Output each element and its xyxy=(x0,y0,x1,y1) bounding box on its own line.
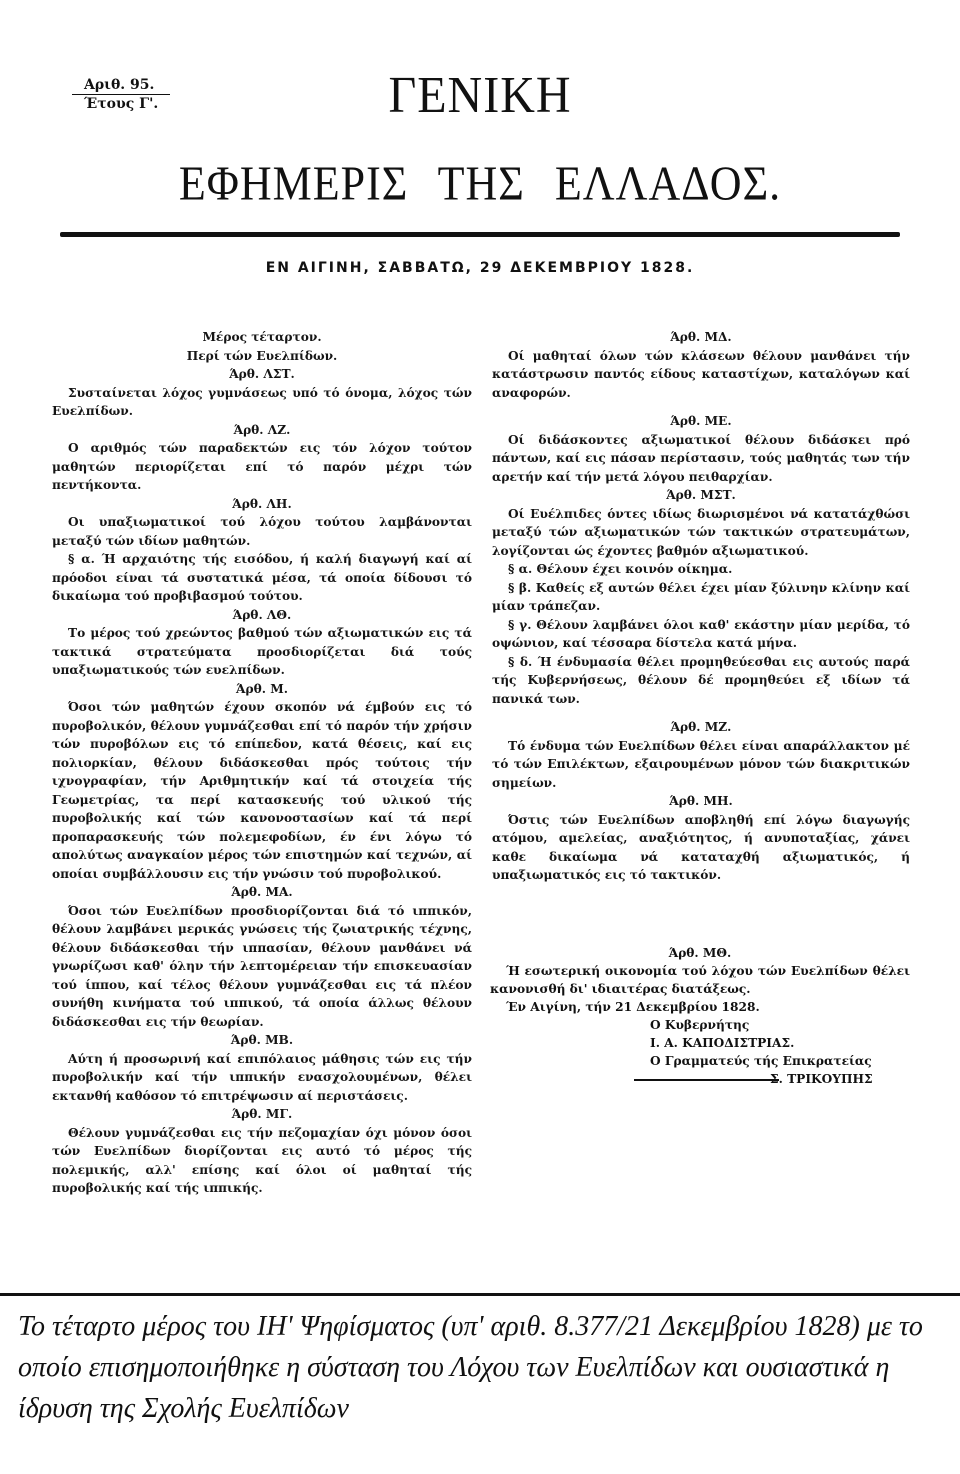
article-heading: Άρθ. Μ. xyxy=(52,680,472,699)
article-heading: Άρθ. ΛΗ. xyxy=(52,495,472,514)
article-paragraph: § γ. Θέλουν λαμβάνει όλοι καθ' εκάστην μ… xyxy=(492,616,910,653)
newspaper-page: Αριθ. 95. Έτους Γ'. ΓΕΝΙΚΗ ΕΦΗΜΕΡΙΣ ΤΗΣ … xyxy=(0,0,960,1474)
article-paragraph: Οί διδάσκοντες αξιωματικοί θέλουν διδάσκ… xyxy=(492,431,910,487)
dateline: ΕΝ ΑΙΓΙΝΗ, ΣΑΒΒΑΤΩ, 29 ΔΕΚΕΜΒΡΙΟΥ 1828. xyxy=(0,260,960,276)
article-paragraph: Όστις τών Ευελπίδων αποβληθή επί λόγω δι… xyxy=(492,811,910,885)
article: Άρθ. ΜΑ. Όσοι τών Ευελπίδων προσδιορίζον… xyxy=(52,883,472,1031)
article: Άρθ. ΜΒ. Αύτη ή προσωρινή καί επιπόλαιος… xyxy=(52,1031,472,1105)
article-paragraph: Τό ένδυμα τών Ευελπίδων θέλει είναι απαρ… xyxy=(492,737,910,793)
masthead-divider xyxy=(60,232,900,237)
secretary-title: Ο Γραμματεύς τής Επικρατείας xyxy=(490,1052,910,1070)
article-paragraph: Οί μαθηταί όλων τών κλάσεων θέλουν μανθά… xyxy=(492,347,910,403)
spacer xyxy=(492,402,910,412)
article: Άρθ. ΜΗ. Όστις τών Ευελπίδων αποβληθή επ… xyxy=(492,792,910,885)
right-column: Άρθ. ΜΔ. Οί μαθηταί όλων τών κλάσεων θέλ… xyxy=(492,328,910,885)
masthead-title-line1: ΓΕΝΙΚΗ xyxy=(0,66,960,125)
article: Άρθ. ΜΔ. Οί μαθηταί όλων τών κλάσεων θέλ… xyxy=(492,328,910,402)
place-date: Έν Αιγίνη, τήν 21 Δεκεμβρίου 1828. xyxy=(490,998,910,1016)
article-paragraph: Θέλουν γυμνάζεσθαι εις τήν πεζομαχίαν όχ… xyxy=(52,1124,472,1198)
article-heading: Άρθ. ΜΑ. xyxy=(52,883,472,902)
signatory-title: Ο Κυβερνήτης xyxy=(490,1016,910,1034)
article: Άρθ. ΛΣΤ. Συσταίνεται λόχος γυμνάσεως υπ… xyxy=(52,365,472,421)
part-title: Μέρος τέταρτον. xyxy=(52,328,472,347)
article-heading: Άρθ. ΜΖ. xyxy=(492,718,910,737)
closing-block: Άρθ. ΜΘ. Ή εσωτερική οικονομία τού λόχου… xyxy=(490,944,910,1088)
article-paragraph: Συσταίνεται λόχος γυμνάσεως υπό τό όνομα… xyxy=(52,384,472,421)
article-paragraph: Όσοι τών Ευελπίδων προσδιορίζονται διά τ… xyxy=(52,902,472,1032)
article-heading: Άρθ. ΜΒ. xyxy=(52,1031,472,1050)
article-paragraph: Το μέρος τού χρεώντος βαθμού τών αξιωματ… xyxy=(52,624,472,680)
article: Άρθ. ΛΖ. Ο αριθμός τών παραδεκτών εις τό… xyxy=(52,421,472,495)
article-paragraph: Ο αριθμός τών παραδεκτών εις τόν λόχον τ… xyxy=(52,439,472,495)
image-caption: Το τέταρτο μέρος του ΙΗ' Ψηφίσματος (υπ'… xyxy=(18,1306,928,1429)
article-heading: Άρθ. ΜΕ. xyxy=(492,412,910,431)
article-paragraph: § δ. Ή ένδυμασία θέλει προμηθεύεσθαι εις… xyxy=(492,653,910,709)
article: Άρθ. ΜΣΤ. Οί Ευέλπιδες όντες ιδίως διωρι… xyxy=(492,486,910,708)
masthead-title-line2: ΕΦΗΜΕΡΙΣ ΤΗΣ ΕΛΛΑΔΟΣ. xyxy=(0,155,960,211)
article-paragraph: Οί Ευέλπιδες όντες ιδίως διωρισμένοι νά … xyxy=(492,505,910,561)
article-heading: Άρθ. ΜΗ. xyxy=(492,792,910,811)
article-heading: Άρθ. ΛΣΤ. xyxy=(52,365,472,384)
article-paragraph: § α. Θέλουν έχει κοινόν οίκημα. xyxy=(492,560,910,579)
article: Άρθ. ΜΕ. Οί διδάσκοντες αξιωματικοί θέλο… xyxy=(492,412,910,486)
article-heading: Άρθ. ΜΓ. xyxy=(52,1105,472,1124)
article-paragraph: Οι υπαξιωματικοί τού λόχου τούτου λαμβάν… xyxy=(52,513,472,550)
part-subtitle: Περί τών Ευελπίδων. xyxy=(52,347,472,366)
article: Άρθ. Μ. Όσοι τών μαθητών έχουν σκοπόν νά… xyxy=(52,680,472,884)
spacer xyxy=(492,708,910,718)
article: Άρθ. ΜΓ. Θέλουν γυμνάζεσθαι εις τήν πεζο… xyxy=(52,1105,472,1198)
article-paragraph: Όσοι τών μαθητών έχουν σκοπόν νά έμβούν … xyxy=(52,698,472,883)
signature-rule xyxy=(634,1079,779,1081)
article-heading: Άρθ. ΜΔ. xyxy=(492,328,910,347)
caption-divider xyxy=(0,1293,960,1296)
signatory-name: Ι. Α. ΚΑΠΟΔΙΣΤΡΙΑΣ. xyxy=(490,1034,910,1052)
article-paragraph: § β. Καθείς εξ αυτών θέλει έχει μίαν ξύλ… xyxy=(492,579,910,616)
article-paragraph: Αύτη ή προσωρινή καί επιπόλαιος μάθησις … xyxy=(52,1050,472,1106)
article: Άρθ. ΜΖ. Τό ένδυμα τών Ευελπίδων θέλει ε… xyxy=(492,718,910,792)
article-heading: Άρθ. ΛΘ. xyxy=(52,606,472,625)
article-paragraph: Ή εσωτερική οικονομία τού λόχου τών Ευελ… xyxy=(490,962,910,998)
article-paragraph: § α. Ή αρχαιότης τής εισόδου, ή καλή δια… xyxy=(52,550,472,606)
article: Άρθ. ΛΗ. Οι υπαξιωματικοί τού λόχου τούτ… xyxy=(52,495,472,606)
article-heading: Άρθ. ΛΖ. xyxy=(52,421,472,440)
article: Άρθ. ΛΘ. Το μέρος τού χρεώντος βαθμού τώ… xyxy=(52,606,472,680)
left-column: Μέρος τέταρτον. Περί τών Ευελπίδων. Άρθ.… xyxy=(52,328,472,1198)
article-heading: Άρθ. ΜΣΤ. xyxy=(492,486,910,505)
article-heading: Άρθ. ΜΘ. xyxy=(490,944,910,962)
